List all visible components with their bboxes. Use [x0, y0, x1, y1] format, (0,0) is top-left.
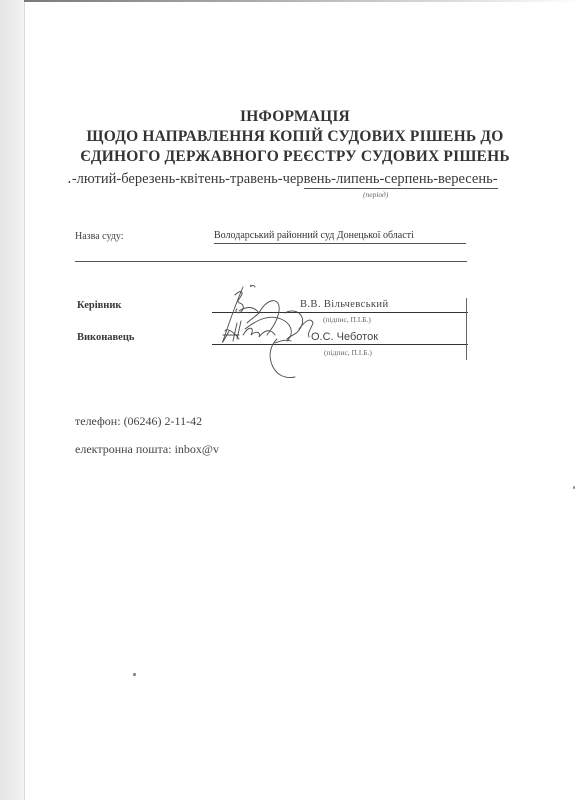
period-underlined: вень-липень-серпень-вересень-: [304, 171, 498, 189]
scan-edge-strip: [0, 0, 25, 800]
contact-email: електронна пошта: inbox@ᴠ: [75, 442, 219, 457]
title-line-3: ЄДИНОГО ДЕРЖАВНОГО РЕЄСТРУ СУДОВИХ РІШЕН…: [60, 147, 530, 167]
vertical-rule: [466, 298, 467, 360]
handwritten-signatures: [215, 283, 345, 388]
executor-role-label: Виконавець: [77, 332, 134, 343]
title-line-1: ІНФОРМАЦІЯ: [60, 107, 530, 127]
period-hint: (період): [363, 190, 388, 199]
court-name-value: Володарський районний суд Донецької обла…: [214, 230, 466, 244]
court-name-label: Назва суду:: [75, 231, 124, 242]
head-role-label: Керівник: [77, 300, 121, 311]
contact-phone: телефон: (06246) 2-11-42: [75, 414, 202, 429]
period-prefix: ․-лютий-березень-квітень-травень-чер: [67, 171, 304, 187]
reporting-period: ․-лютий-березень-квітень-травень-червень…: [67, 171, 507, 188]
title-line-2: ЩОДО НАПРАВЛЕННЯ КОПІЙ СУДОВИХ РІШЕНЬ ДО: [60, 127, 530, 147]
blank-line: [75, 261, 467, 262]
scan-top-shadow: [24, 0, 582, 2]
scan-speck: [573, 486, 575, 489]
scan-speck: [133, 673, 136, 676]
document-title: ІНФОРМАЦІЯ ЩОДО НАПРАВЛЕННЯ КОПІЙ СУДОВИ…: [60, 107, 530, 167]
